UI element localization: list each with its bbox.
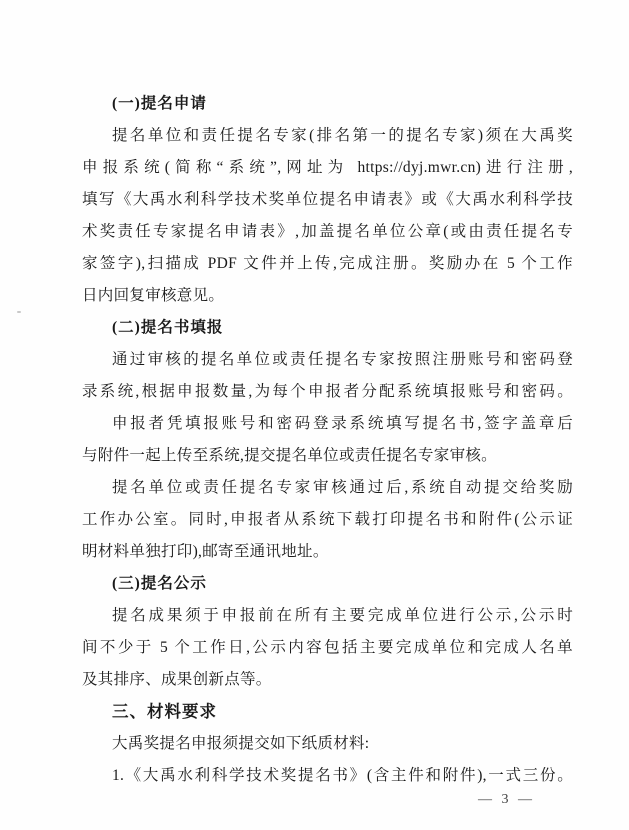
- body-line: 明材料单独打印),邮寄至通讯地址。: [82, 536, 573, 568]
- body-line: 日内回复审核意见。: [82, 280, 573, 312]
- scan-artifact: [17, 311, 21, 313]
- body-line: 大禹奖提名申报须提交如下纸质材料:: [82, 728, 573, 760]
- page-number: — 3 —: [478, 788, 558, 812]
- body-line: 填写《大禹水利科学技术奖单位提名申请表》或《大禹水利科学技: [82, 184, 573, 216]
- body-line: 提名单位和责任提名专家(排名第一的提名专家)须在大禹奖: [82, 120, 573, 152]
- body-line: 申报者凭填报账号和密码登录系统填写提名书,签字盖章后: [82, 408, 573, 440]
- body-line: 申报系统(简称“系统”,网址为 https://dyj.mwr.cn)进行注册,: [82, 152, 573, 184]
- body-line: 工作办公室。同时,申报者从系统下载打印提名书和附件(公示证: [82, 504, 573, 536]
- subsection-heading-2: (二)提名书填报: [82, 312, 573, 344]
- body-line: 家签字),扫描成 PDF 文件并上传,完成注册。奖励办在 5 个工作: [82, 248, 573, 280]
- body-line: 术奖责任专家提名申请表》,加盖提名单位公章(或由责任提名专: [82, 216, 573, 248]
- body-line: 间不少于 5 个工作日,公示内容包括主要完成单位和完成人名单: [82, 632, 573, 664]
- body-line: 通过审核的提名单位或责任提名专家按照注册账号和密码登: [82, 344, 573, 376]
- subsection-heading-1: (一)提名申请: [82, 88, 573, 120]
- body-line: 及其排序、成果创新点等。: [82, 664, 573, 696]
- section-heading-materials: 三、材料要求: [82, 696, 573, 728]
- subsection-heading-3: (三)提名公示: [82, 568, 573, 600]
- body-line: 提名单位或责任提名专家审核通过后,系统自动提交给奖励: [82, 472, 573, 504]
- body-line: 与附件一起上传至系统,提交提名单位或责任提名专家审核。: [82, 440, 573, 472]
- scanned-document-page: (一)提名申请 提名单位和责任提名专家(排名第一的提名专家)须在大禹奖 申报系统…: [0, 0, 629, 830]
- body-line: 提名成果须于申报前在所有主要完成单位进行公示,公示时: [82, 600, 573, 632]
- body-line: 录系统,根据申报数量,为每个申报者分配系统填报账号和密码。: [82, 376, 573, 408]
- document-body: (一)提名申请 提名单位和责任提名专家(排名第一的提名专家)须在大禹奖 申报系统…: [82, 88, 573, 792]
